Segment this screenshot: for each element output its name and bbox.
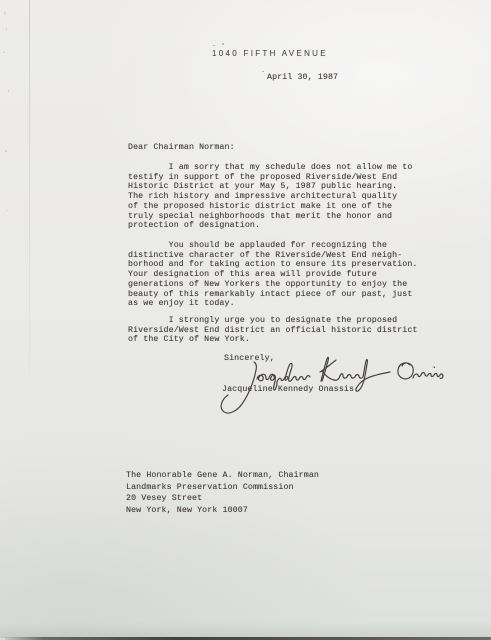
handwritten-signature (213, 350, 448, 418)
recipient-address-block: The Honorable Gene A. Norman, Chairman L… (126, 470, 319, 517)
typed-signature-name: Jacqueline Kennedy Onassis (222, 385, 354, 395)
paper-speck (3, 52, 5, 53)
signature-stroke-kennedy-k (320, 357, 340, 381)
ink-dot (222, 43, 224, 45)
paper-crease-line (29, 0, 30, 420)
letter-date: April 30, 1987 (267, 73, 338, 83)
signature-stroke-onassis-letters (413, 367, 443, 378)
body-paragraph-2: You should be applauded for recognizing … (128, 241, 418, 309)
paper-speck (4, 12, 6, 14)
letterhead-address: 1040 FIFTH AVENUE (212, 49, 328, 58)
paper-speck (7, 210, 8, 211)
ink-dot (262, 71, 264, 72)
body-paragraph-1: I am sorry that my schedule does not all… (128, 163, 412, 231)
bottom-shadow (0, 622, 491, 638)
signature-stroke-onassis-o (398, 363, 413, 379)
paper-speck (6, 28, 7, 30)
salutation: Dear Chairman Norman: (128, 143, 235, 153)
body-paragraph-3: I strongly urge you to designate the pro… (128, 316, 418, 345)
letter-scan: 1040 FIFTH AVENUE April 30, 1987 Dear Ch… (0, 0, 491, 640)
ink-dot (213, 45, 215, 46)
paper-speck (8, 90, 9, 92)
paper-speck (5, 150, 7, 152)
